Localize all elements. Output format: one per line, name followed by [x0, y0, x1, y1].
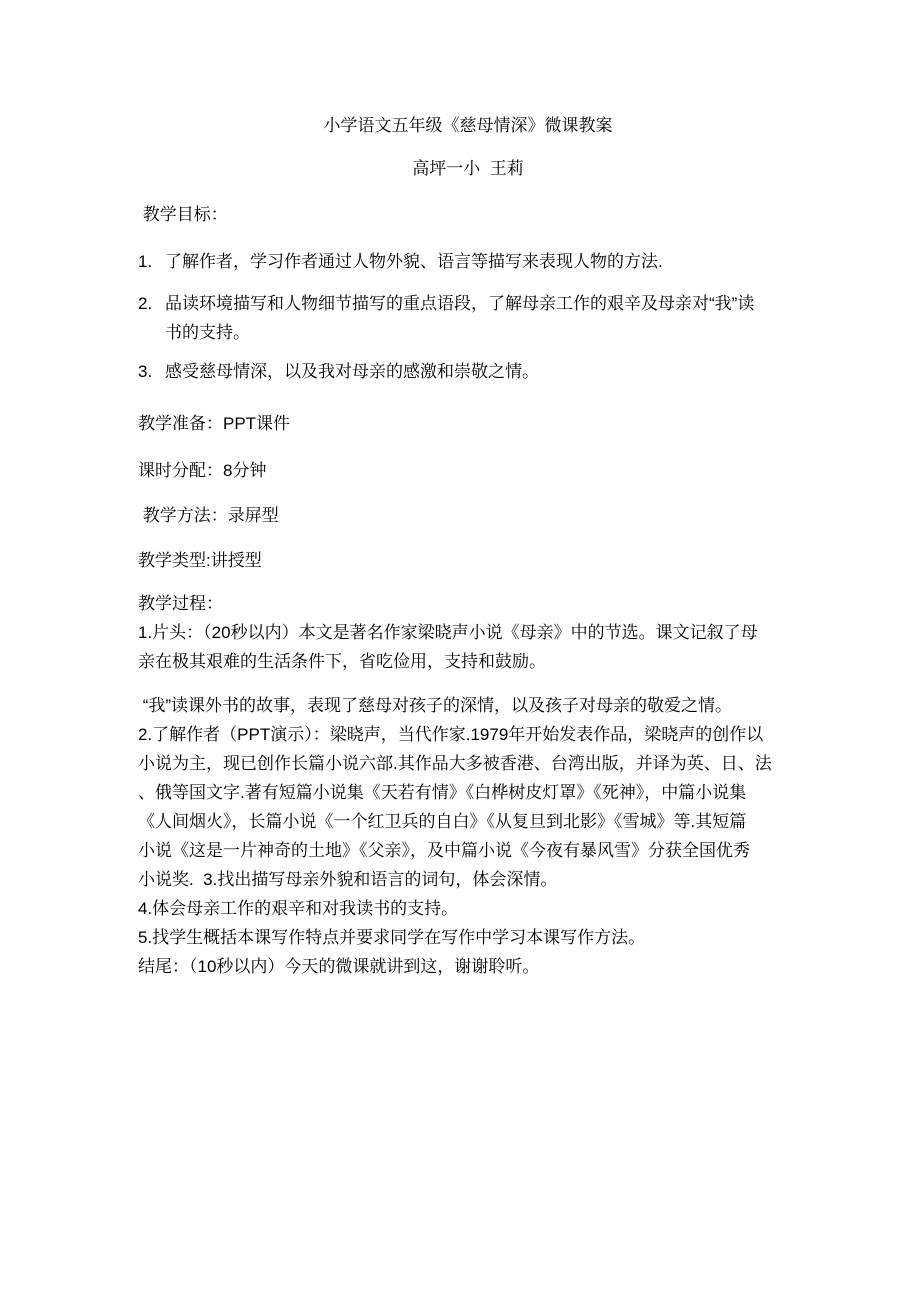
author-line: 高坪一小 王莉: [138, 154, 798, 183]
process-opening-paragraph: 1.片头：（20秒以内）本文是著名作家梁晓声小说《母亲》中的节选。课文记叙了母 …: [138, 618, 798, 676]
objective-3-text: 感受慈母情深，以及我对母亲的感激和崇敬之情。: [165, 357, 798, 386]
document-page: 小学语文五年级《慈母情深》微课教案 高坪一小 王莉 教学目标： 1. 了解作者，…: [0, 0, 920, 981]
objective-3-number: 3.: [138, 357, 165, 386]
objective-1-number: 1.: [138, 247, 165, 276]
meta-preparation-line: 教学准备：PPT课件: [138, 409, 798, 438]
meta-type-line: 教学类型:讲授型: [138, 546, 798, 575]
process-heading: 教学过程：: [138, 589, 798, 618]
objective-2-text: 品读环境描写和人物细节描写的重点语段，了解母亲工作的艰辛及母亲对“我”读 书的支…: [165, 289, 798, 347]
objective-item-2: 2. 品读环境描写和人物细节描写的重点语段，了解母亲工作的艰辛及母亲对“我”读 …: [138, 289, 798, 347]
meta-duration-line: 课时分配：8分钟: [138, 456, 798, 485]
objective-item-1: 1. 了解作者，学习作者通过人物外貌、语言等描写来表现人物的方法.: [138, 247, 798, 276]
objective-item-3: 3. 感受慈母情深，以及我对母亲的感激和崇敬之情。: [138, 357, 798, 386]
page-title: 小学语文五年级《慈母情深》微课教案: [138, 111, 798, 140]
process-body-paragraph: “我”读课外书的故事，表现了慈母对孩子的深情，以及孩子对母亲的敬爱之情。 2.了…: [138, 691, 798, 981]
objective-1-text: 了解作者，学习作者通过人物外貌、语言等描写来表现人物的方法.: [165, 247, 798, 276]
meta-method-line: 教学方法：录屏型: [138, 501, 798, 530]
objective-2-number: 2.: [138, 289, 165, 347]
objectives-heading: 教学目标：: [138, 200, 798, 229]
